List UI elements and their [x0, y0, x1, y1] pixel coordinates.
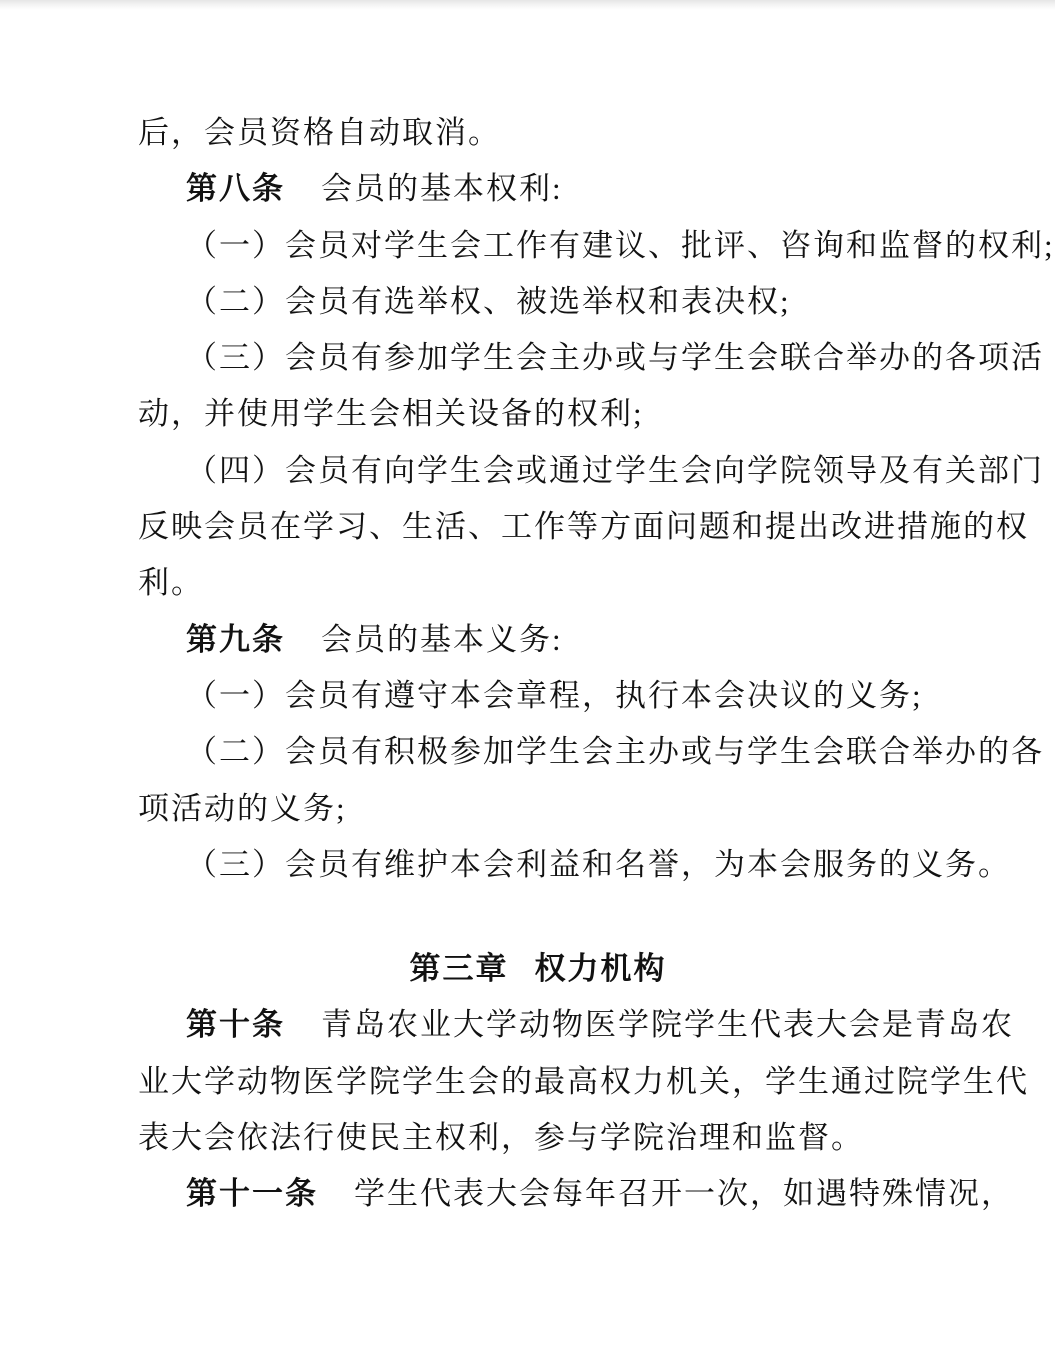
body-text: 反映会员在学习、生活、工作等方面问题和提出改进措施的权	[138, 509, 1029, 544]
list-item: （二）会员有积极参加学生会主办或与学生会联合举办的各	[138, 724, 938, 780]
body-text: （三）会员有参加学生会主办或与学生会联合举办的各项活	[186, 340, 1044, 375]
body-text: 会员的基本义务:	[321, 622, 563, 657]
section-spacer	[138, 893, 938, 941]
body-text: （二）会员有选举权、被选举权和表决权;	[186, 284, 791, 319]
paragraph-line: 利。	[138, 555, 938, 611]
body-text: 会员的基本权利:	[321, 171, 563, 206]
body-text: 后，会员资格自动取消。	[138, 115, 501, 150]
article-number: 第八条	[186, 171, 285, 206]
body-text: 项活动的义务;	[138, 791, 347, 826]
paragraph-line: 动，并使用学生会相关设备的权利;	[138, 386, 938, 442]
list-item: （三）会员有参加学生会主办或与学生会联合举办的各项活	[138, 330, 938, 386]
paragraph-line: 项活动的义务;	[138, 781, 938, 837]
article-9-heading: 第九条会员的基本义务:	[138, 612, 938, 668]
paragraph-line: 表大会依法行使民主权利，参与学院治理和监督。	[138, 1110, 938, 1166]
body-text: 青岛农业大学动物医学院学生代表大会是青岛农	[321, 1007, 1014, 1042]
article-number: 第九条	[186, 622, 285, 657]
chapter-number: 第三章	[410, 951, 509, 986]
paragraph-line: 后，会员资格自动取消。	[138, 105, 938, 161]
body-text: 学生代表大会每年召开一次，如遇特殊情况，	[354, 1176, 1014, 1211]
paragraph-line: 反映会员在学习、生活、工作等方面问题和提出改进措施的权	[138, 499, 938, 555]
chapter-3-heading: 第三章权力机构	[138, 941, 938, 997]
article-11-paragraph: 第十一条学生代表大会每年召开一次，如遇特殊情况，	[138, 1166, 938, 1222]
body-text: 表大会依法行使民主权利，参与学院治理和监督。	[138, 1120, 864, 1155]
article-number: 第十一条	[186, 1176, 318, 1211]
body-text: （三）会员有维护本会利益和名誉，为本会服务的义务。	[186, 847, 1011, 882]
list-item: （三）会员有维护本会利益和名誉，为本会服务的义务。	[138, 837, 938, 893]
chapter-title: 权力机构	[535, 951, 667, 986]
article-8-heading: 第八条会员的基本权利:	[138, 161, 938, 217]
list-item: （四）会员有向学生会或通过学生会向学院领导及有关部门	[138, 443, 938, 499]
list-item: （一）会员有遵守本会章程，执行本会决议的义务;	[138, 668, 938, 724]
article-10-paragraph: 第十条青岛农业大学动物医学院学生代表大会是青岛农	[138, 997, 938, 1053]
body-text: 利。	[138, 565, 204, 600]
body-text: 业大学动物医学院学生会的最高权力机关，学生通过院学生代	[138, 1064, 1029, 1099]
body-text: （一）会员有遵守本会章程，执行本会决议的义务;	[186, 678, 923, 713]
body-text: 动，并使用学生会相关设备的权利;	[138, 396, 644, 431]
article-number: 第十条	[186, 1007, 285, 1042]
body-text: （一）会员对学生会工作有建议、批评、咨询和监督的权利;	[186, 228, 1055, 263]
document-text: 后，会员资格自动取消。 第八条会员的基本权利: （一）会员对学生会工作有建议、批…	[138, 105, 938, 1223]
paragraph-line: 业大学动物医学院学生会的最高权力机关，学生通过院学生代	[138, 1054, 938, 1110]
list-item: （一）会员对学生会工作有建议、批评、咨询和监督的权利;	[138, 218, 938, 274]
list-item: （二）会员有选举权、被选举权和表决权;	[138, 274, 938, 330]
page-top-shadow	[0, 0, 1055, 10]
body-text: （二）会员有积极参加学生会主办或与学生会联合举办的各	[186, 734, 1044, 769]
body-text: （四）会员有向学生会或通过学生会向学院领导及有关部门	[186, 453, 1044, 488]
